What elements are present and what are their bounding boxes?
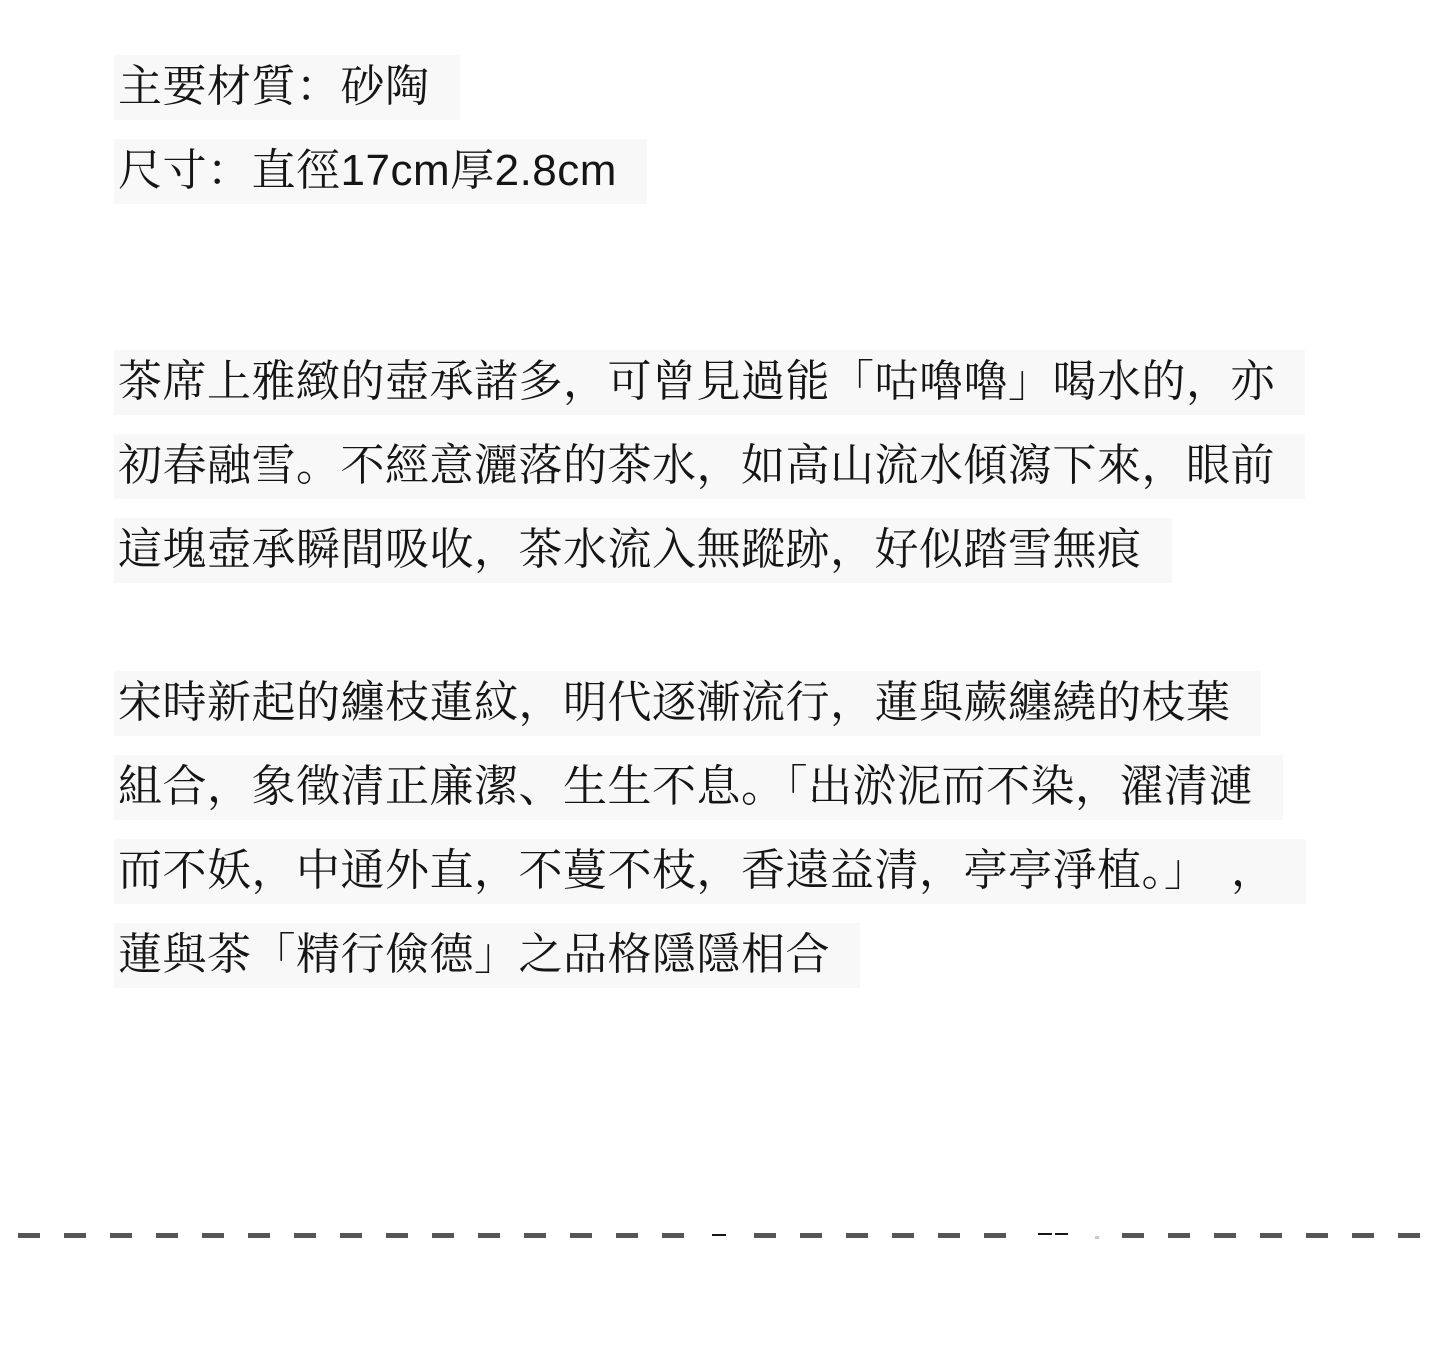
paragraph-line: 初春融雪。不經意灑落的茶水，如高山流水傾瀉下來，眼前 <box>114 424 1380 508</box>
paragraph-line: 組合，象徵清正廉潔、生生不息。「出淤泥而不染，濯清漣 <box>114 745 1380 829</box>
divider-artifact-gap <box>1010 1231 1120 1240</box>
faint-dot-artifact <box>1095 1236 1099 1239</box>
spec-line: 主要材質：砂陶 <box>114 45 1380 129</box>
paragraph-line-text: 這塊壺承瞬間吸收，茶水流入無蹤跡，好似踏雪無痕 <box>114 518 1172 583</box>
paragraph-line: 而不妖，中通外直，不蔓不枝，香遠益清，亭亭淨植。」 ， <box>114 829 1380 913</box>
paragraph-line: 宋時新起的纏枝蓮紋，明代逐漸流行，蓮與蕨纏繞的枝葉 <box>114 661 1380 745</box>
paragraph-line-text: 蓮與茶「精行儉德」之品格隱隱相合 <box>114 923 860 988</box>
thin-dash-artifact <box>712 1234 726 1236</box>
paragraph-line-text: 茶席上雅緻的壺承諸多，可曾見過能「咕嚕嚕」喝水的，亦 <box>114 350 1305 415</box>
paragraph-line-text: 初春融雪。不經意灑落的茶水，如高山流水傾瀉下來，眼前 <box>114 434 1305 499</box>
product-specs: 主要材質：砂陶 尺寸：直徑17cm厚2.8cm <box>114 45 1380 213</box>
paragraph-line: 茶席上雅緻的壺承諸多，可曾見過能「咕嚕嚕」喝水的，亦 <box>114 340 1380 424</box>
description-paragraph-1: 茶席上雅緻的壺承諸多，可曾見過能「咕嚕嚕」喝水的，亦 初春融雪。不經意灑落的茶水… <box>114 340 1380 592</box>
spec-line: 尺寸：直徑17cm厚2.8cm <box>114 129 1380 213</box>
page: 主要材質：砂陶 尺寸：直徑17cm厚2.8cm 茶席上雅緻的壺承諸多，可曾見過能… <box>0 0 1440 1359</box>
dashed-divider <box>18 1233 1422 1238</box>
thin-dash-artifact <box>1055 1233 1068 1235</box>
description-paragraph-2: 宋時新起的纏枝蓮紋，明代逐漸流行，蓮與蕨纏繞的枝葉 組合，象徵清正廉潔、生生不息… <box>114 661 1380 997</box>
spec-size: 尺寸：直徑17cm厚2.8cm <box>114 139 647 204</box>
paragraph-line-text: 組合，象徵清正廉潔、生生不息。「出淤泥而不染，濯清漣 <box>114 755 1283 820</box>
paragraph-line-text: 而不妖，中通外直，不蔓不枝，香遠益清，亭亭淨植。」 ， <box>114 839 1306 904</box>
paragraph-line: 蓮與茶「精行儉德」之品格隱隱相合 <box>114 913 1380 997</box>
paragraph-line: 這塊壺承瞬間吸收，茶水流入無蹤跡，好似踏雪無痕 <box>114 508 1380 592</box>
divider-artifact-gap <box>690 1231 750 1240</box>
paragraph-line-text: 宋時新起的纏枝蓮紋，明代逐漸流行，蓮與蕨纏繞的枝葉 <box>114 671 1261 736</box>
spec-material: 主要材質：砂陶 <box>114 55 460 120</box>
thin-dash-artifact <box>1038 1233 1052 1235</box>
